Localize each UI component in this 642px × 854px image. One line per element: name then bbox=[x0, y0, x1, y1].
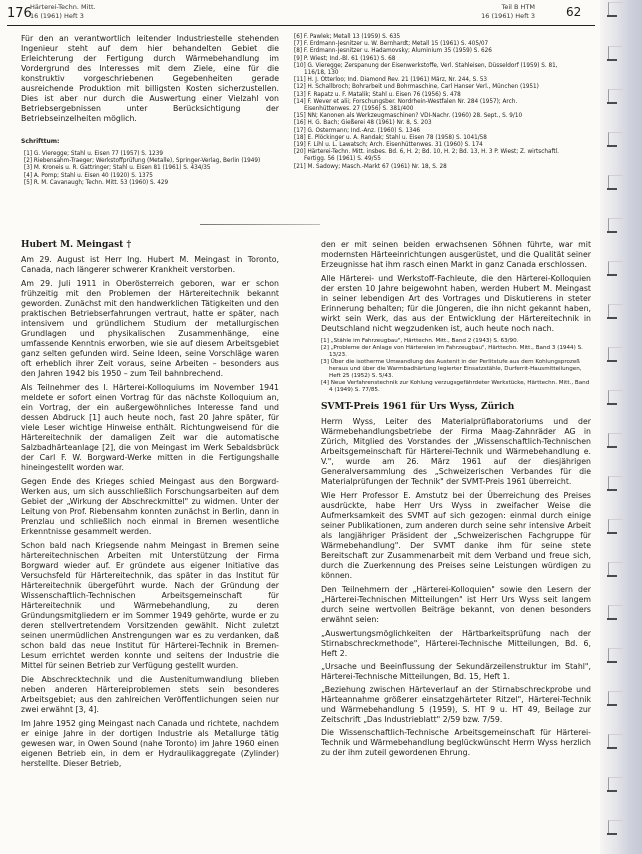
left-page-number: 176 bbox=[7, 6, 32, 21]
closing-paragraph: Die Wissenschaftlich-Technische Arbeitsg… bbox=[321, 728, 591, 758]
binding-ring-icon bbox=[608, 261, 623, 276]
body-paragraph: Wie Herr Professor E. Amstutz bei der Üb… bbox=[321, 491, 591, 581]
cited-work: „Auswertungsmöglichkeiten der Härtbarkei… bbox=[321, 629, 591, 659]
body-paragraph: Herrn Wyss, Leiter des Materialprüflabor… bbox=[321, 417, 591, 487]
reference-item: [12] H. Schallbroch; Bohrarbeit und Bohr… bbox=[294, 84, 564, 91]
body-paragraph: Als Teilnehmer des I. Härterei-Kolloquiu… bbox=[21, 383, 279, 473]
reference-item: [5] R. M. Cavanaugh; Techn. Mitt. 53 (19… bbox=[24, 180, 279, 187]
body-paragraph: Die Abschrecktechnik und die Austenitumw… bbox=[21, 675, 279, 715]
header-rule bbox=[7, 25, 595, 26]
award-title: SVMT-Preis 1961 für Urs Wyss, Zürich bbox=[321, 402, 591, 412]
binding-ring-icon bbox=[608, 433, 623, 448]
intro-section: Für den an verantwortlich leitender Indu… bbox=[21, 34, 279, 187]
binding-ring-icon bbox=[608, 777, 623, 792]
obituary-section: Hubert M. Meingast † Am 29. August ist H… bbox=[21, 240, 279, 773]
body-paragraph: Alle Härterei- und Werkstoff-Fachleute, … bbox=[321, 274, 591, 334]
binding-ring-icon bbox=[608, 519, 623, 534]
binding-ring-icon bbox=[608, 347, 623, 362]
obituary-footnotes: [1] „Stähle im Fahrzeugbau", Härttechn. … bbox=[321, 338, 591, 394]
reference-item: [15] NN; Kanonen als Werkzeugmaschinen? … bbox=[294, 113, 564, 120]
reference-item: [14] F. Wever et alii; Forschungsber. No… bbox=[294, 99, 564, 113]
literature-list-left: [1] G. Vieregge; Stahl u. Eisen 77 (1957… bbox=[24, 151, 279, 187]
reference-item: [21] M. Sadowy; Masch.-Markt 67 (1961) N… bbox=[294, 164, 564, 171]
binding-ring-icon bbox=[608, 304, 623, 319]
reference-item: [18] E. Plöckinger u. A. Randak; Stahl u… bbox=[294, 135, 564, 142]
body-paragraph: Gegen Ende des Krieges schied Meingast a… bbox=[21, 477, 279, 537]
binding-ring-icon bbox=[608, 132, 623, 147]
literature-list-right: [6] F. Pawlek; Metall 13 (1959) S. 635 [… bbox=[294, 34, 564, 171]
reference-item: [1] G. Vieregge; Stahl u. Eisen 77 (1957… bbox=[24, 151, 279, 158]
binding-ring-icon bbox=[608, 175, 623, 190]
binding-ring-icon bbox=[608, 390, 623, 405]
binding-ring-icon bbox=[608, 562, 623, 577]
binding-ring-icon bbox=[608, 2, 623, 17]
body-paragraph: Am 29. August ist Herr Ing. Hubert M. Me… bbox=[21, 255, 279, 275]
body-paragraph: Im Jahre 1952 ging Meingast nach Canada … bbox=[21, 719, 279, 769]
reference-item: [16] H. G. Bach; Gießerei 48 (1961) Nr. … bbox=[294, 120, 564, 127]
reference-item: [3] M. Kroneis u. R. Gattringer; Stahl u… bbox=[24, 165, 279, 172]
binding-ring-icon bbox=[608, 820, 623, 835]
body-paragraph: Den Teilnehmern der „Härterei-Kolloquien… bbox=[321, 585, 591, 625]
section-divider bbox=[200, 224, 320, 225]
binding-ring-icon bbox=[608, 218, 623, 233]
reference-item: [2] Riebensahm-Traeger; Werkstoffprüfung… bbox=[24, 158, 279, 165]
reference-item: [11] H. J. Otterloo; Ind. Diamond Rev. 2… bbox=[294, 77, 564, 84]
reference-item: [7] F. Erdmann-Jesnitzer u. W. Bernhardt… bbox=[294, 41, 564, 48]
reference-item: [17] G. Ostermann; Ind.-Anz. (1960) S. 1… bbox=[294, 128, 564, 135]
footnote-item: [3] Über die isotherme Umwandlung des Au… bbox=[321, 359, 591, 380]
body-paragraph: Am 29. Juli 1911 in Oberösterreich gebor… bbox=[21, 279, 279, 379]
body-paragraph: Schon bald nach Kriegsende nahm Meingast… bbox=[21, 541, 279, 671]
body-paragraph: den er mit seinen beiden erwachsenen Söh… bbox=[321, 240, 591, 270]
binding-ring-icon bbox=[608, 734, 623, 749]
binding-ring-icon bbox=[608, 46, 623, 61]
binding-ring-icon bbox=[608, 691, 623, 706]
reference-item: [20] Härterei-Techn. Mitt. insbes. Bd. 6… bbox=[294, 149, 564, 163]
reference-item: [10] G. Vieregge; Zerspanung der Eisenwe… bbox=[294, 63, 564, 77]
footnote-item: [2] „Probleme der Anlage von Härtereien … bbox=[321, 345, 591, 359]
binding-ring-icon bbox=[608, 648, 623, 663]
right-page-number: 62 bbox=[566, 5, 581, 19]
journal-page: 176 Härterei-Techn. Mitt. 16 (1961) Heft… bbox=[0, 0, 600, 854]
footnote-item: [4] Neue Verfahrenstechnik zur Kohlung v… bbox=[321, 380, 591, 394]
reference-item: [9] P. Wiest; Ind.-Bl. 61 (1961) S. 68 bbox=[294, 56, 564, 63]
literature-list-right-section: [6] F. Pawlek; Metall 13 (1959) S. 635 [… bbox=[294, 34, 564, 171]
binding-ring-icon bbox=[608, 89, 623, 104]
cited-work: „Beziehung zwischen Härteverlauf an der … bbox=[321, 685, 591, 725]
obituary-title: Hubert M. Meingast † bbox=[21, 240, 279, 250]
left-journal-info: Härterei-Techn. Mitt. 16 (1961) Heft 3 bbox=[30, 3, 96, 21]
reference-item: [8] F. Erdmann-Jesnitzer u. Hadamovsky; … bbox=[294, 48, 564, 55]
right-column: den er mit seinen beiden erwachsenen Söh… bbox=[321, 240, 591, 762]
reference-item: [6] F. Pawlek; Metall 13 (1959) S. 635 bbox=[294, 34, 564, 41]
right-journal-info: Teil B HTM 16 (1961) Heft 3 bbox=[481, 3, 535, 21]
cited-work: „Ursache und Beeinflussung der Sekundärz… bbox=[321, 662, 591, 682]
spiral-binding-edge bbox=[600, 0, 642, 854]
reference-item: [19] F. Lihl u. L. Lawatsch; Arch. Eisen… bbox=[294, 142, 564, 149]
intro-paragraph: Für den an verantwortlich leitender Indu… bbox=[21, 34, 279, 124]
binding-ring-icon bbox=[608, 476, 623, 491]
reference-item: [13] F. Rapatz u. F. Matalik; Stahl u. E… bbox=[294, 92, 564, 99]
binding-ring-icon bbox=[608, 605, 623, 620]
page-header: 176 Härterei-Techn. Mitt. 16 (1961) Heft… bbox=[0, 0, 600, 26]
footnote-item: [1] „Stähle im Fahrzeugbau", Härttechn. … bbox=[321, 338, 591, 345]
reference-item: [4] A. Pomp; Stahl u. Eisen 40 (1920) S.… bbox=[24, 173, 279, 180]
literature-title: Schrifttum: bbox=[21, 138, 279, 145]
